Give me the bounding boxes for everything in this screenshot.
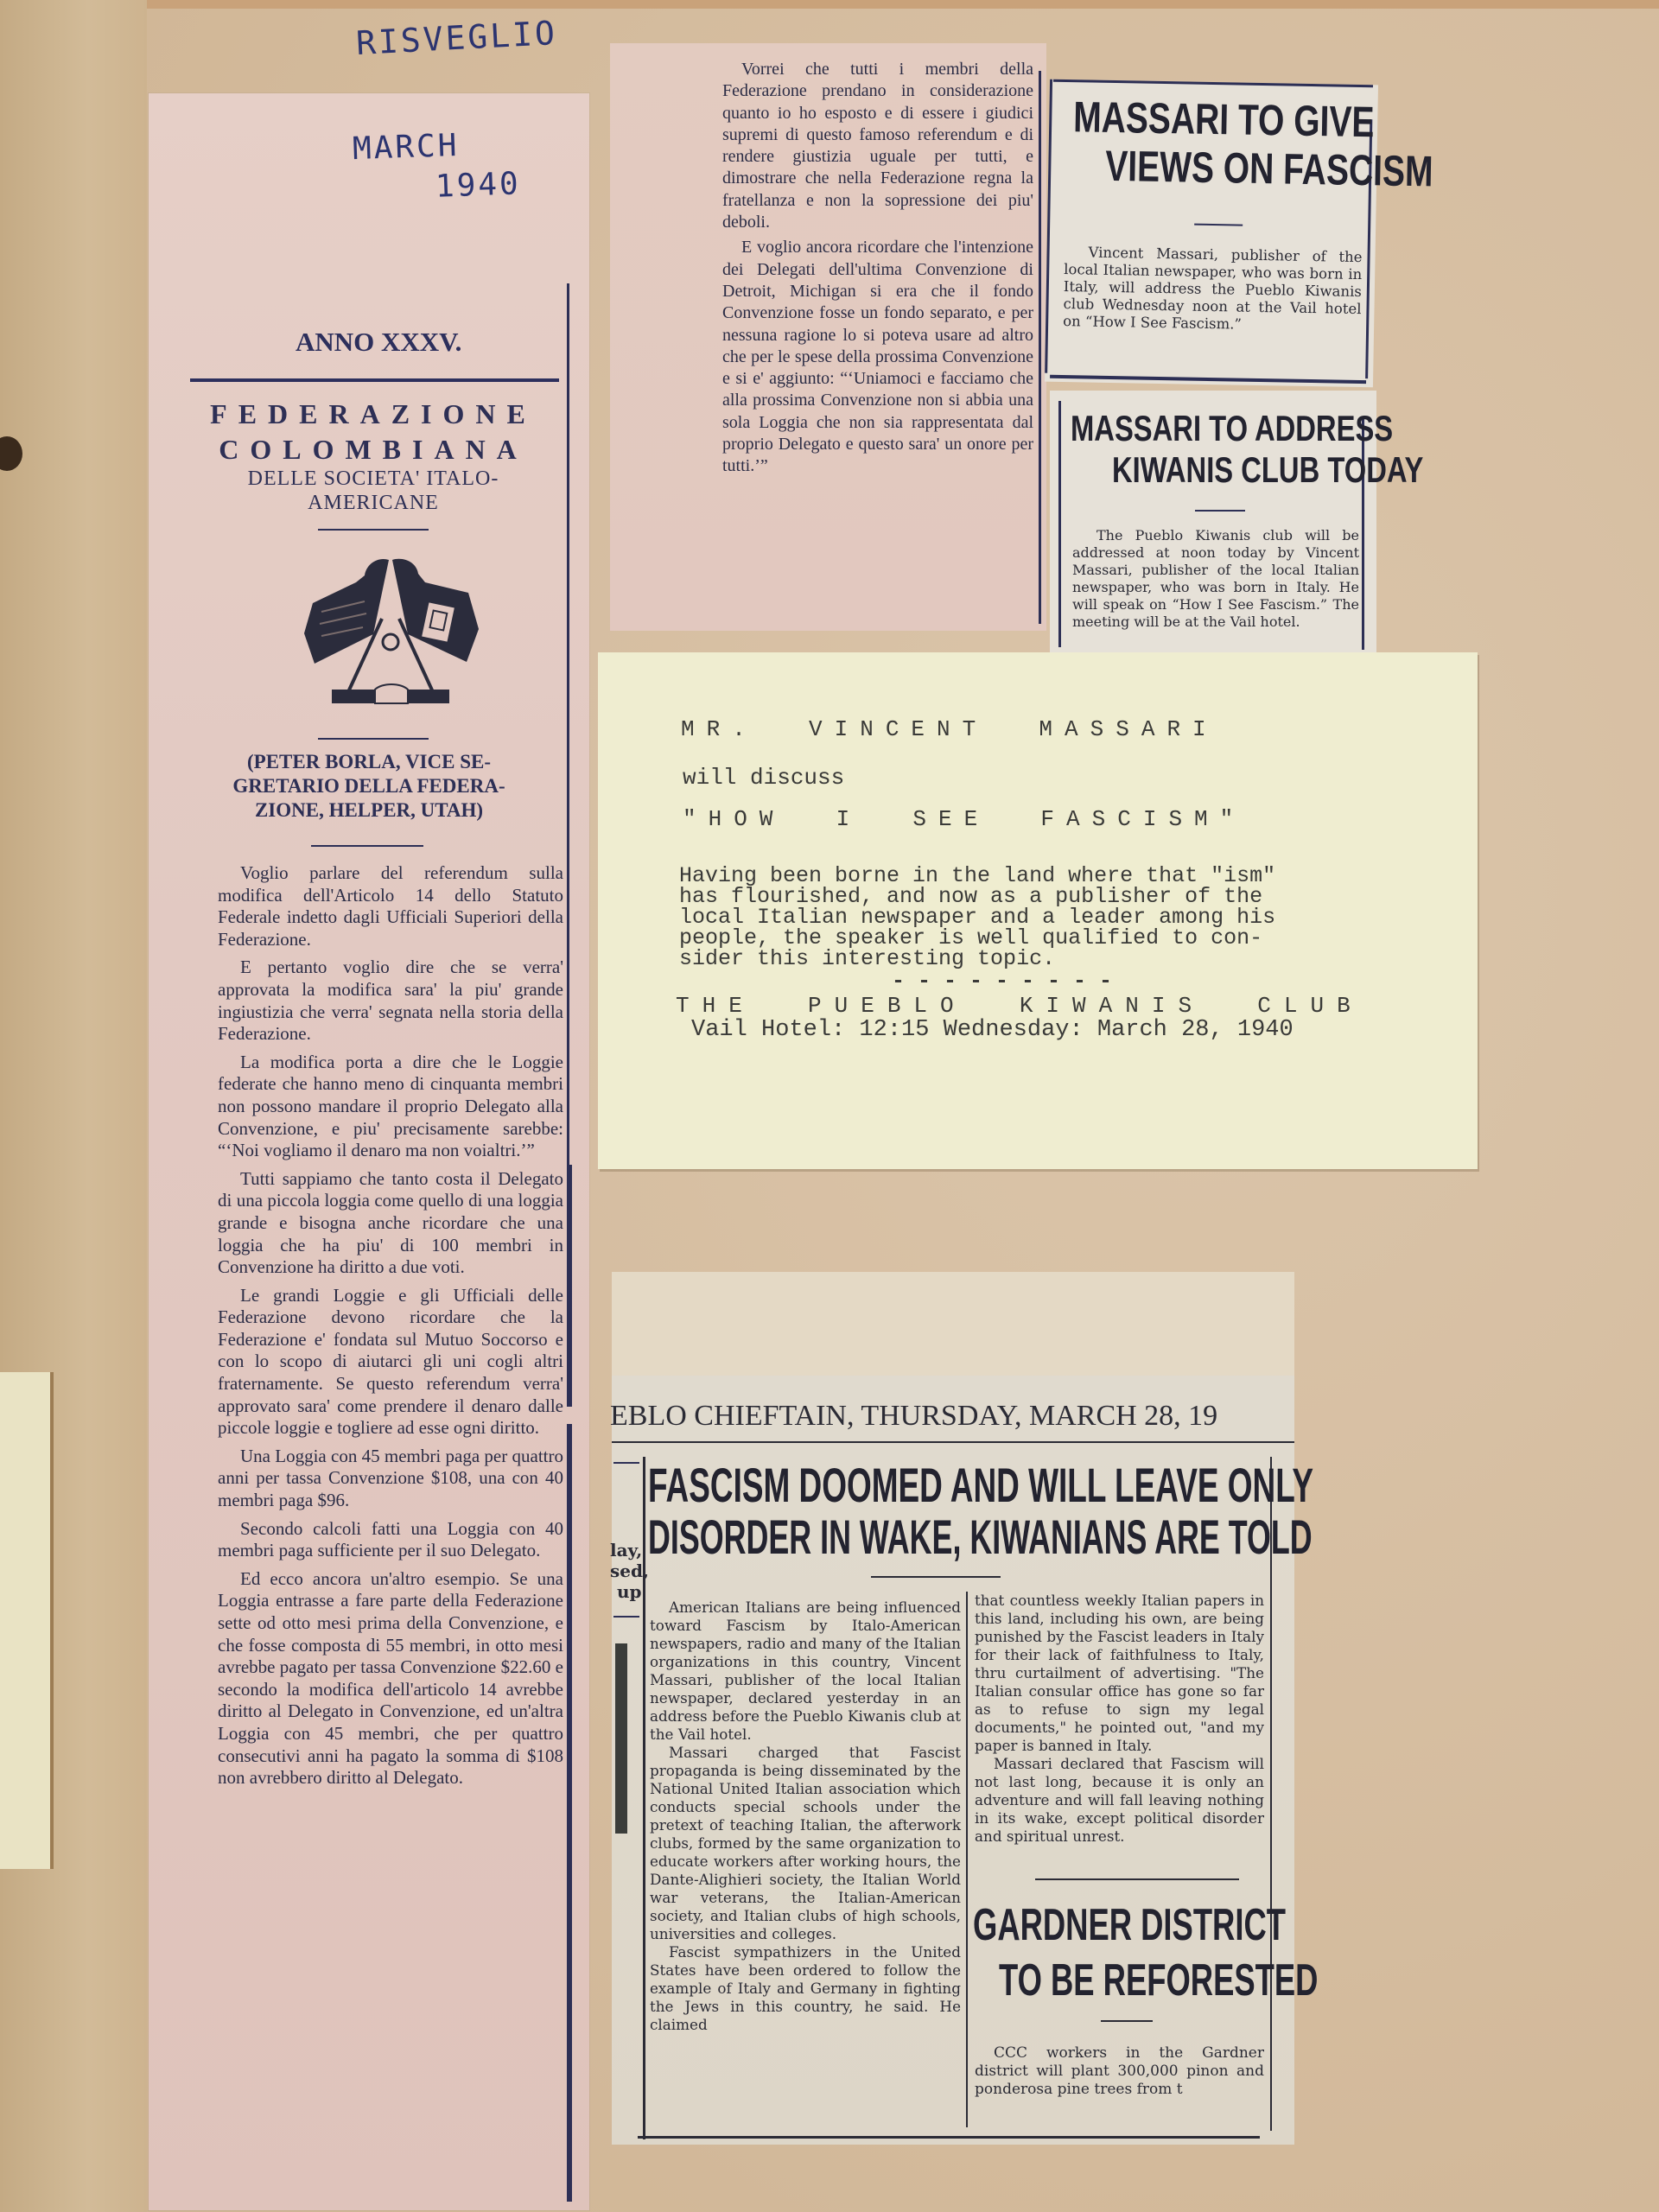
side-fragment-line: up [617, 1581, 642, 1602]
sub-headline-line-2: TO BE REFORESTED [999, 1955, 1318, 2006]
paragraph: Tutti sappiamo che tanto costa il Delega… [218, 1168, 563, 1279]
diamond-divider [1035, 1878, 1239, 1880]
subtitle-line-1: DELLE SOCIETA' ITALO- [183, 467, 563, 491]
club-name: THE PUEBLO KIWANIS CLUB [676, 993, 1363, 1019]
title-line-2: COLOMBIANA [183, 432, 563, 467]
sub-headline-line-1: GARDNER DISTRICT [973, 1899, 1286, 1951]
paragraph: E voglio ancora ricordare che l'intenzio… [722, 237, 1033, 477]
italian-article-clipping: MARCH 1940 ANNO XXXV. FEDERAZIONE COLOMB… [149, 93, 589, 2210]
paragraph: Fascist sympathizers in the United State… [650, 1943, 961, 2034]
byline-line-1: (PETER BORLA, VICE SE- [183, 750, 555, 774]
author-byline: (PETER BORLA, VICE SE- GRETARIO DELLA FE… [183, 750, 555, 823]
article-body: Vincent Massari, publisher of the local … [1063, 244, 1363, 335]
bottom-rule [1050, 375, 1366, 384]
article-column-2: that countless weekly Italian papers in … [975, 1592, 1264, 1846]
handwritten-date-month: MARCH [352, 128, 460, 167]
divider [318, 738, 429, 740]
title-line-1: FEDERAZIONE [183, 396, 563, 432]
byline-line-2: GRETARIO DELLA FEDERA- [183, 774, 555, 798]
article-body: The Pueblo Kiwanis club will be addresse… [1072, 527, 1359, 631]
paragraph: La modifica porta a dire che le Loggie f… [218, 1052, 563, 1162]
divider [311, 845, 423, 847]
side-fragment-line: sed, [610, 1560, 649, 1581]
handwritten-date-year: 1940 [435, 166, 521, 204]
masthead-rule [612, 1441, 1294, 1443]
wavy-rule [613, 1462, 639, 1464]
paragraph: Secondo calcoli fatti una Loggia con 40 … [218, 1518, 563, 1562]
speaker-name: MR. VINCENT MASSARI [681, 716, 1218, 742]
talk-topic: "HOW I SEE FASCISM" [683, 806, 1245, 832]
bottom-rule [638, 2136, 1260, 2139]
continuation-body: Vorrei che tutti i membri della Federazi… [722, 59, 1033, 481]
binder-hole-icon [0, 436, 22, 471]
divider [871, 1576, 1001, 1578]
column-rule [643, 1457, 645, 2139]
column-rule [567, 283, 569, 1165]
will-discuss-label: will discuss [683, 765, 844, 791]
paragraph: Massari charged that Fascist propaganda … [650, 1744, 961, 1943]
sub-article-body: CCC workers in the Gardner district will… [975, 2044, 1264, 2100]
divider [318, 529, 429, 531]
left-rule [1058, 401, 1061, 647]
left-edge-card [0, 1372, 50, 1869]
paragraph: Le grandi Loggie e gli Ufficiali delle F… [218, 1285, 563, 1440]
paragraph: Ed ecco ancora un'altro esempio. Se una … [218, 1568, 563, 1789]
masthead: EBLO CHIEFTAIN, THURSDAY, MARCH 28, 19 [610, 1400, 1293, 1433]
article-column-1: American Italians are being influenced t… [650, 1599, 961, 2034]
clipping-massari-address-kiwanis: MASSARI TO ADDRESS KIWANIS CLUB TODAY Th… [1050, 391, 1376, 653]
headline-line-2: DISORDER IN WAKE, KIWANIANS ARE TOLD [648, 1509, 1313, 1565]
kiwanis-announcement-card: MR. VINCENT MASSARI will discuss "HOW I … [598, 652, 1478, 1169]
separator-dashes: - - - - - - - - - [892, 969, 1112, 994]
column-rule [567, 1165, 572, 1407]
divider [1194, 224, 1243, 226]
paragraph: Voglio parlare del referendum sulla modi… [218, 862, 563, 950]
venue-time: Vail Hotel: 12:15 Wednesday: March 28, 1… [691, 1017, 1294, 1043]
clipping-top-area [612, 1272, 1294, 1376]
side-fragment-line: lay, [610, 1540, 642, 1560]
paragraph: Massari declared that Fascism will not l… [975, 1755, 1264, 1846]
federation-title: FEDERAZIONE COLOMBIANA DELLE SOCIETA' IT… [183, 396, 563, 515]
paragraph: E pertanto voglio dire che se verra' app… [218, 957, 563, 1045]
scrapbook-page: RISVEGLIO MARCH 1940 ANNO XXXV. FEDERAZI… [0, 0, 1659, 2212]
byline-line-3: ZIONE, HELPER, UTAH) [183, 798, 555, 823]
header-rule [190, 378, 559, 382]
column-rule [567, 1424, 572, 2202]
left-page-flap [0, 0, 147, 2212]
photo-edge-fragment [615, 1643, 627, 1834]
pueblo-chieftain-clipping: EBLO CHIEFTAIN, THURSDAY, MARCH 28, 19 l… [612, 1272, 1294, 2145]
issue-number: ANNO XXXV. [296, 327, 461, 358]
column-rule [966, 1592, 968, 2127]
crossed-flags-handshake-emblem-icon [296, 551, 486, 724]
italian-article-body: Voglio parlare del referendum sulla modi… [218, 862, 563, 1796]
headline-line-2: KIWANIS CLUB TODAY [1112, 449, 1423, 491]
column-rule [1039, 71, 1041, 624]
divider [1101, 2020, 1153, 2022]
wavy-rule [613, 1616, 639, 1618]
italian-continuation-clipping: Vorrei che tutti i membri della Federazi… [610, 43, 1046, 631]
headline-line-2: VIEWS ON FASCISM [1105, 141, 1433, 197]
divider [1195, 510, 1245, 512]
paragraph: American Italians are being influenced t… [650, 1599, 961, 1744]
clipping-massari-give-views: MASSARI TO GIVE VIEWS ON FASCISM Vincent… [1045, 79, 1378, 388]
paragraph: Una Loggia con 45 membri paga per quattr… [218, 1446, 563, 1512]
headline-line-1: MASSARI TO ADDRESS [1071, 408, 1393, 449]
paragraph: that countless weekly Italian papers in … [975, 1592, 1264, 1755]
headline-line-1: MASSARI TO GIVE [1073, 92, 1375, 147]
description-line: sider this interesting topic. [679, 946, 1055, 971]
paragraph: Vorrei che tutti i membri della Federazi… [722, 59, 1033, 233]
headline-line-1: FASCISM DOOMED AND WILL LEAVE ONLY [648, 1457, 1313, 1513]
subtitle-line-2: AMERICANE [183, 491, 563, 515]
